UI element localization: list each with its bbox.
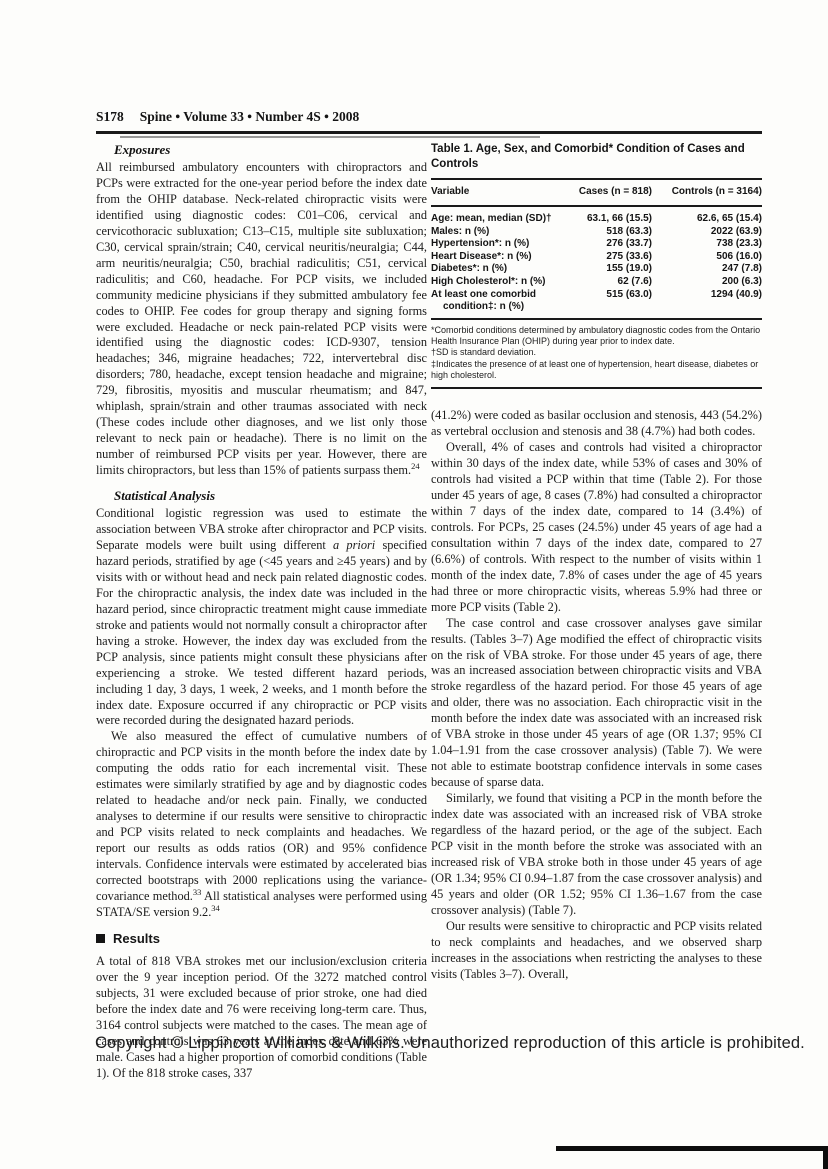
journal-page: S178 Spine • Volume 33 • Number 4S • 200… xyxy=(0,0,828,1169)
row-label: Males: n (%) xyxy=(431,226,554,239)
row-controls-value: 738 (23.3) xyxy=(658,238,762,251)
table-row: Hypertension*: n (%) 276 (33.7) 738 (23.… xyxy=(431,238,762,251)
body-paragraph: Similarly, we found that visiting a PCP … xyxy=(431,791,762,919)
row-controls-value: 62.6, 65 (15.4) xyxy=(658,213,762,226)
running-head: S178 Spine • Volume 33 • Number 4S • 200… xyxy=(96,109,766,125)
row-cases-value: 275 (33.6) xyxy=(560,251,652,264)
row-controls-value: 506 (16.0) xyxy=(658,251,762,264)
table-row: Males: n (%) 518 (63.3) 2022 (63.9) xyxy=(431,226,762,239)
header-rule xyxy=(96,131,762,134)
table-footnotes: *Comorbid conditions determined by ambul… xyxy=(431,320,762,387)
table-row: Heart Disease*: n (%) 275 (33.6) 506 (16… xyxy=(431,251,762,264)
table-footnote: ‡Indicates the presence of at least one … xyxy=(431,359,762,382)
row-label: Age: mean, median (SD)† xyxy=(431,213,554,226)
sa-p2-text-a: We also measured the effect of cumulativ… xyxy=(96,729,427,903)
table-footnote: †SD is standard deviation. xyxy=(431,347,762,358)
row-cases-value: 62 (7.6) xyxy=(560,276,652,289)
section-square-icon xyxy=(96,934,105,943)
row-cases-value: 518 (63.3) xyxy=(560,226,652,239)
row-cases-value: 155 (19.0) xyxy=(560,263,652,276)
table-row: High Cholesterol*: n (%) 62 (7.6) 200 (6… xyxy=(431,276,762,289)
table-row: Diabetes*: n (%) 155 (19.0) 247 (7.8) xyxy=(431,263,762,276)
reference-34: 34 xyxy=(211,903,220,913)
results-heading-label: Results xyxy=(113,931,160,946)
exposures-text: All reimbursed ambulatory encounters wit… xyxy=(96,160,427,477)
exposures-heading: Exposures xyxy=(114,142,427,158)
row-label: Diabetes*: n (%) xyxy=(431,263,554,276)
table-footnote: *Comorbid conditions determined by ambul… xyxy=(431,325,762,348)
row-label: High Cholesterol*: n (%) xyxy=(431,276,554,289)
reference-24: 24 xyxy=(411,461,420,471)
table-rule-bottom xyxy=(431,387,762,389)
body-paragraph: Our results were sensitive to chiropract… xyxy=(431,919,762,983)
statistical-analysis-heading: Statistical Analysis xyxy=(114,488,427,504)
sa-p1-text-b: specified hazard periods, stratified by … xyxy=(96,538,427,727)
left-column: Exposures All reimbursed ambulatory enco… xyxy=(96,142,427,1081)
row-label: Hypertension*: n (%) xyxy=(431,238,554,251)
row-controls-value: 2022 (63.9) xyxy=(658,226,762,239)
journal-citation: Spine • Volume 33 • Number 4S • 2008 xyxy=(140,109,359,125)
statistical-analysis-paragraph-2: We also measured the effect of cumulativ… xyxy=(96,729,427,920)
body-paragraph: Overall, 4% of cases and controls had vi… xyxy=(431,440,762,615)
row-cases-value: 63.1, 66 (15.5) xyxy=(560,213,652,226)
copyright-notice: Copyright © Lippincott Williams & Wilkin… xyxy=(95,1033,795,1054)
table-header-row: Variable Cases (n = 818) Controls (n = 3… xyxy=(431,180,762,205)
table-1: Table 1. Age, Sex, and Comorbid* Conditi… xyxy=(431,142,762,389)
column-header-variable: Variable xyxy=(431,186,554,198)
column-header-controls: Controls (n = 3164) xyxy=(658,186,762,198)
row-controls-value: 200 (6.3) xyxy=(658,276,762,289)
right-column: Table 1. Age, Sex, and Comorbid* Conditi… xyxy=(431,142,762,983)
body-paragraph-continuation: (41.2%) were coded as basilar occlusion … xyxy=(431,408,762,440)
table-body: Age: mean, median (SD)† 63.1, 66 (15.5) … xyxy=(431,207,762,318)
a-priori-italic: a priori xyxy=(333,538,375,552)
header-rule-smudge xyxy=(120,136,540,138)
row-label: Heart Disease*: n (%) xyxy=(431,251,554,264)
results-paragraph: A total of 818 VBA strokes met our inclu… xyxy=(96,954,427,1082)
results-heading: Results xyxy=(96,931,427,946)
scan-edge-bottom xyxy=(556,1146,828,1151)
statistical-analysis-paragraph-1: Conditional logistic regression was used… xyxy=(96,506,427,729)
table-row: Age: mean, median (SD)† 63.1, 66 (15.5) … xyxy=(431,213,762,226)
column-header-cases: Cases (n = 818) xyxy=(560,186,652,198)
page-number: S178 xyxy=(96,109,124,125)
row-cases-value: 276 (33.7) xyxy=(560,238,652,251)
table-row: At least one comorbid condition‡: n (%) … xyxy=(431,289,762,314)
table-1-caption: Table 1. Age, Sex, and Comorbid* Conditi… xyxy=(431,142,762,171)
body-paragraph: The case control and case crossover anal… xyxy=(431,616,762,791)
row-label: At least one comorbid condition‡: n (%) xyxy=(431,289,554,314)
row-controls-value: 247 (7.8) xyxy=(658,263,762,276)
exposures-paragraph: All reimbursed ambulatory encounters wit… xyxy=(96,160,427,479)
row-controls-value: 1294 (40.9) xyxy=(658,289,762,314)
scan-edge-right xyxy=(823,1146,828,1169)
row-cases-value: 515 (63.0) xyxy=(560,289,652,314)
